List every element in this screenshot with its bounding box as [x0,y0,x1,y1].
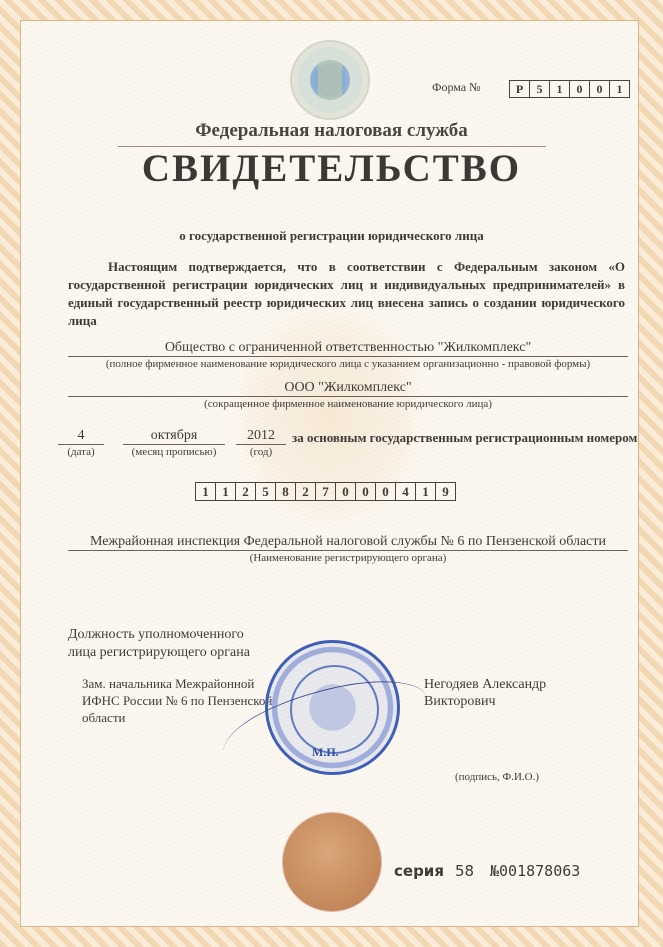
agency-name: Федеральная налоговая служба [0,120,663,142]
year-field: 2012 [236,428,286,445]
ogrn-cells: 1 1 2 5 8 2 7 0 0 0 4 1 9 [195,482,456,501]
day-field: 4 [58,428,104,445]
gold-seal-icon [282,812,382,912]
signature-hint: (подпись, Ф.И.О.) [455,771,539,783]
year-hint: (год) [236,446,286,458]
position-label: Должность уполномоченного лица регистрир… [68,626,250,662]
series-value: 58 [455,862,474,880]
registration-number-label: за основным государственным регистрацион… [292,430,637,446]
series-label: серия [394,862,444,880]
short-name-field: ООО "Жилкомплекс" [68,380,628,397]
document-subtitle: о государственной регистрации юридическо… [0,228,663,244]
month-field: октября [123,428,225,445]
authority-field: Межрайонная инспекция Федеральной налого… [68,534,628,551]
serial-number: №001878063 [490,862,580,880]
statement-text: Настоящим подтверждается, что в соответс… [68,258,625,330]
document-title: СВИДЕТЕЛЬСТВО [0,146,663,191]
full-name-field: Общество с ограниченной ответственностью… [68,340,628,357]
position-value: Зам. начальника Межрайонной ИФНС России … [82,675,272,726]
form-number-label: Форма № [432,80,481,95]
short-name-hint: (сокращенное фирменное наименование юрид… [68,398,628,410]
signer-name: Негодяев Александр Викторович [424,676,546,710]
form-code-cells: Р 5 1 0 0 1 [509,80,630,98]
full-name-hint: (полное фирменное наименование юридическ… [68,358,628,370]
authority-hint: (Наименование регистрирующего органа) [68,552,628,564]
day-hint: (дата) [58,446,104,458]
month-hint: (месяц прописью) [113,446,235,458]
hologram-emblem-icon [290,40,370,120]
